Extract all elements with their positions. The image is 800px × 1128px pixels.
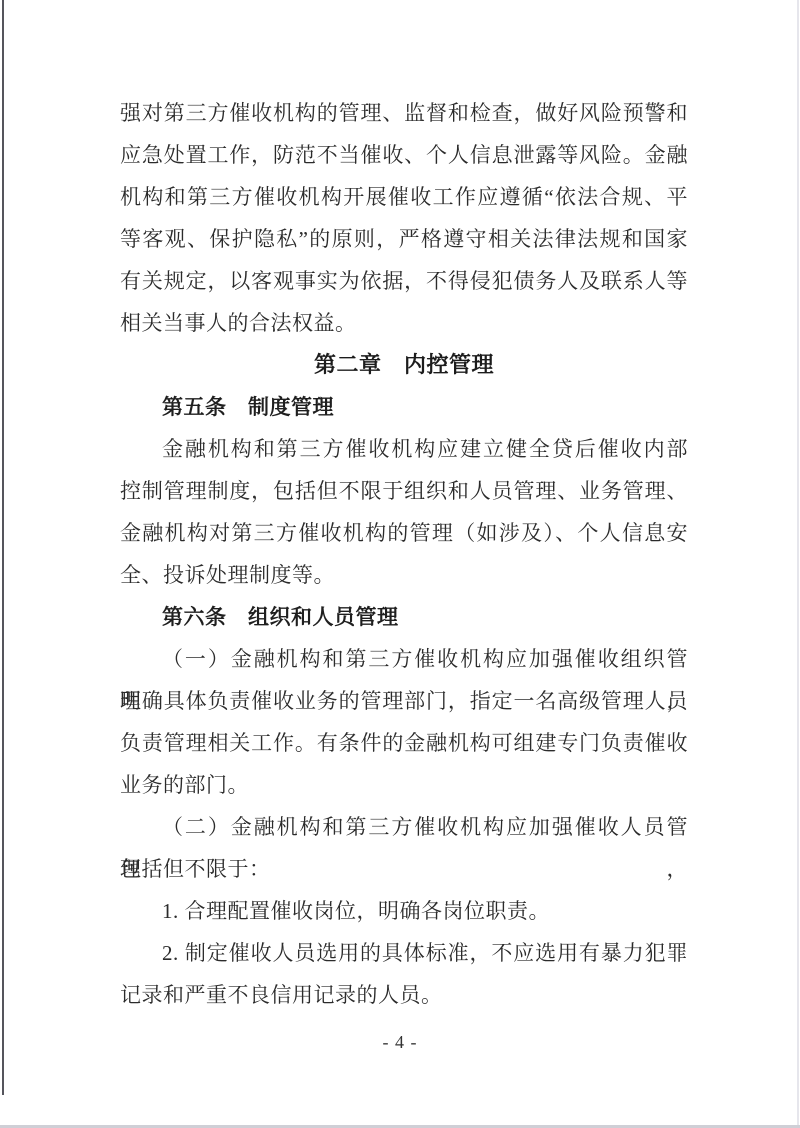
text-line: 等客观、保护隐私”的原则，严格遵守相关法律法规和国家 <box>120 218 688 260</box>
page-number: - 4 - <box>0 1030 800 1054</box>
scan-edge-right <box>797 0 799 1125</box>
text-line: 机构和第三方催收机构开展催收工作应遵循“依法合规、平 <box>120 176 688 218</box>
article-title: 第五条 制度管理 <box>120 386 688 428</box>
text-line: 负责管理相关工作。有条件的金融机构可组建专门负责催收 <box>120 722 688 764</box>
list-item: 1. 合理配置催收岗位，明确各岗位职责。 <box>120 890 688 932</box>
text-line: 1. 合理配置催收岗位，明确各岗位职责。 <box>120 890 688 932</box>
text-line: 2. 制定催收人员选用的具体标准，不应选用有暴力犯罪 <box>120 932 688 974</box>
text-line: 强对第三方催收机构的管理、监督和检查，做好风险预警和 <box>120 92 688 134</box>
paragraph: （二）金融机构和第三方催收机构应加强催收人员管理， 包括但不限于： <box>120 806 688 890</box>
text-line: 有关规定，以客观事实为依据，不得侵犯债务人及联系人等 <box>120 260 688 302</box>
text-line: （二）金融机构和第三方催收机构应加强催收人员管理， <box>120 806 688 848</box>
text-line: 控制管理制度，包括但不限于组织和人员管理、业务管理、 <box>120 470 688 512</box>
text-line: （一）金融机构和第三方催收机构应加强催收组织管理， <box>120 638 688 680</box>
paragraph: 强对第三方催收机构的管理、监督和检查，做好风险预警和 应急处置工作，防范不当催收… <box>120 92 688 344</box>
chapter-heading: 第二章 内控管理 <box>120 344 688 386</box>
article-title: 第六条 组织和人员管理 <box>120 596 688 638</box>
text-line: 金融机构对第三方催收机构的管理（如涉及）、个人信息安 <box>120 512 688 554</box>
text-line: 全、投诉处理制度等。 <box>120 554 688 596</box>
text-line: 记录和严重不良信用记录的人员。 <box>120 974 688 1016</box>
text-line: 业务的部门。 <box>120 764 688 806</box>
text-line: 相关当事人的合法权益。 <box>120 302 688 344</box>
article-heading: 第六条 组织和人员管理 <box>120 596 688 638</box>
text-line: 金融机构和第三方催收机构应建立健全贷后催收内部 <box>120 428 688 470</box>
paragraph: 金融机构和第三方催收机构应建立健全贷后催收内部 控制管理制度，包括但不限于组织和… <box>120 428 688 596</box>
page-content: 强对第三方催收机构的管理、监督和检查，做好风险预警和 应急处置工作，防范不当催收… <box>120 92 688 1016</box>
document-page: 强对第三方催收机构的管理、监督和检查，做好风险预警和 应急处置工作，防范不当催收… <box>0 0 800 1128</box>
chapter-title: 第二章 内控管理 <box>120 344 688 386</box>
paragraph: （一）金融机构和第三方催收机构应加强催收组织管理， 明确具体负责催收业务的管理部… <box>120 638 688 806</box>
text-line: 明确具体负责催收业务的管理部门，指定一名高级管理人员 <box>120 680 688 722</box>
article-heading: 第五条 制度管理 <box>120 386 688 428</box>
text-line: 应急处置工作，防范不当催收、个人信息泄露等风险。金融 <box>120 134 688 176</box>
list-item: 2. 制定催收人员选用的具体标准，不应选用有暴力犯罪 记录和严重不良信用记录的人… <box>120 932 688 1016</box>
scan-edge-left <box>2 0 4 1095</box>
